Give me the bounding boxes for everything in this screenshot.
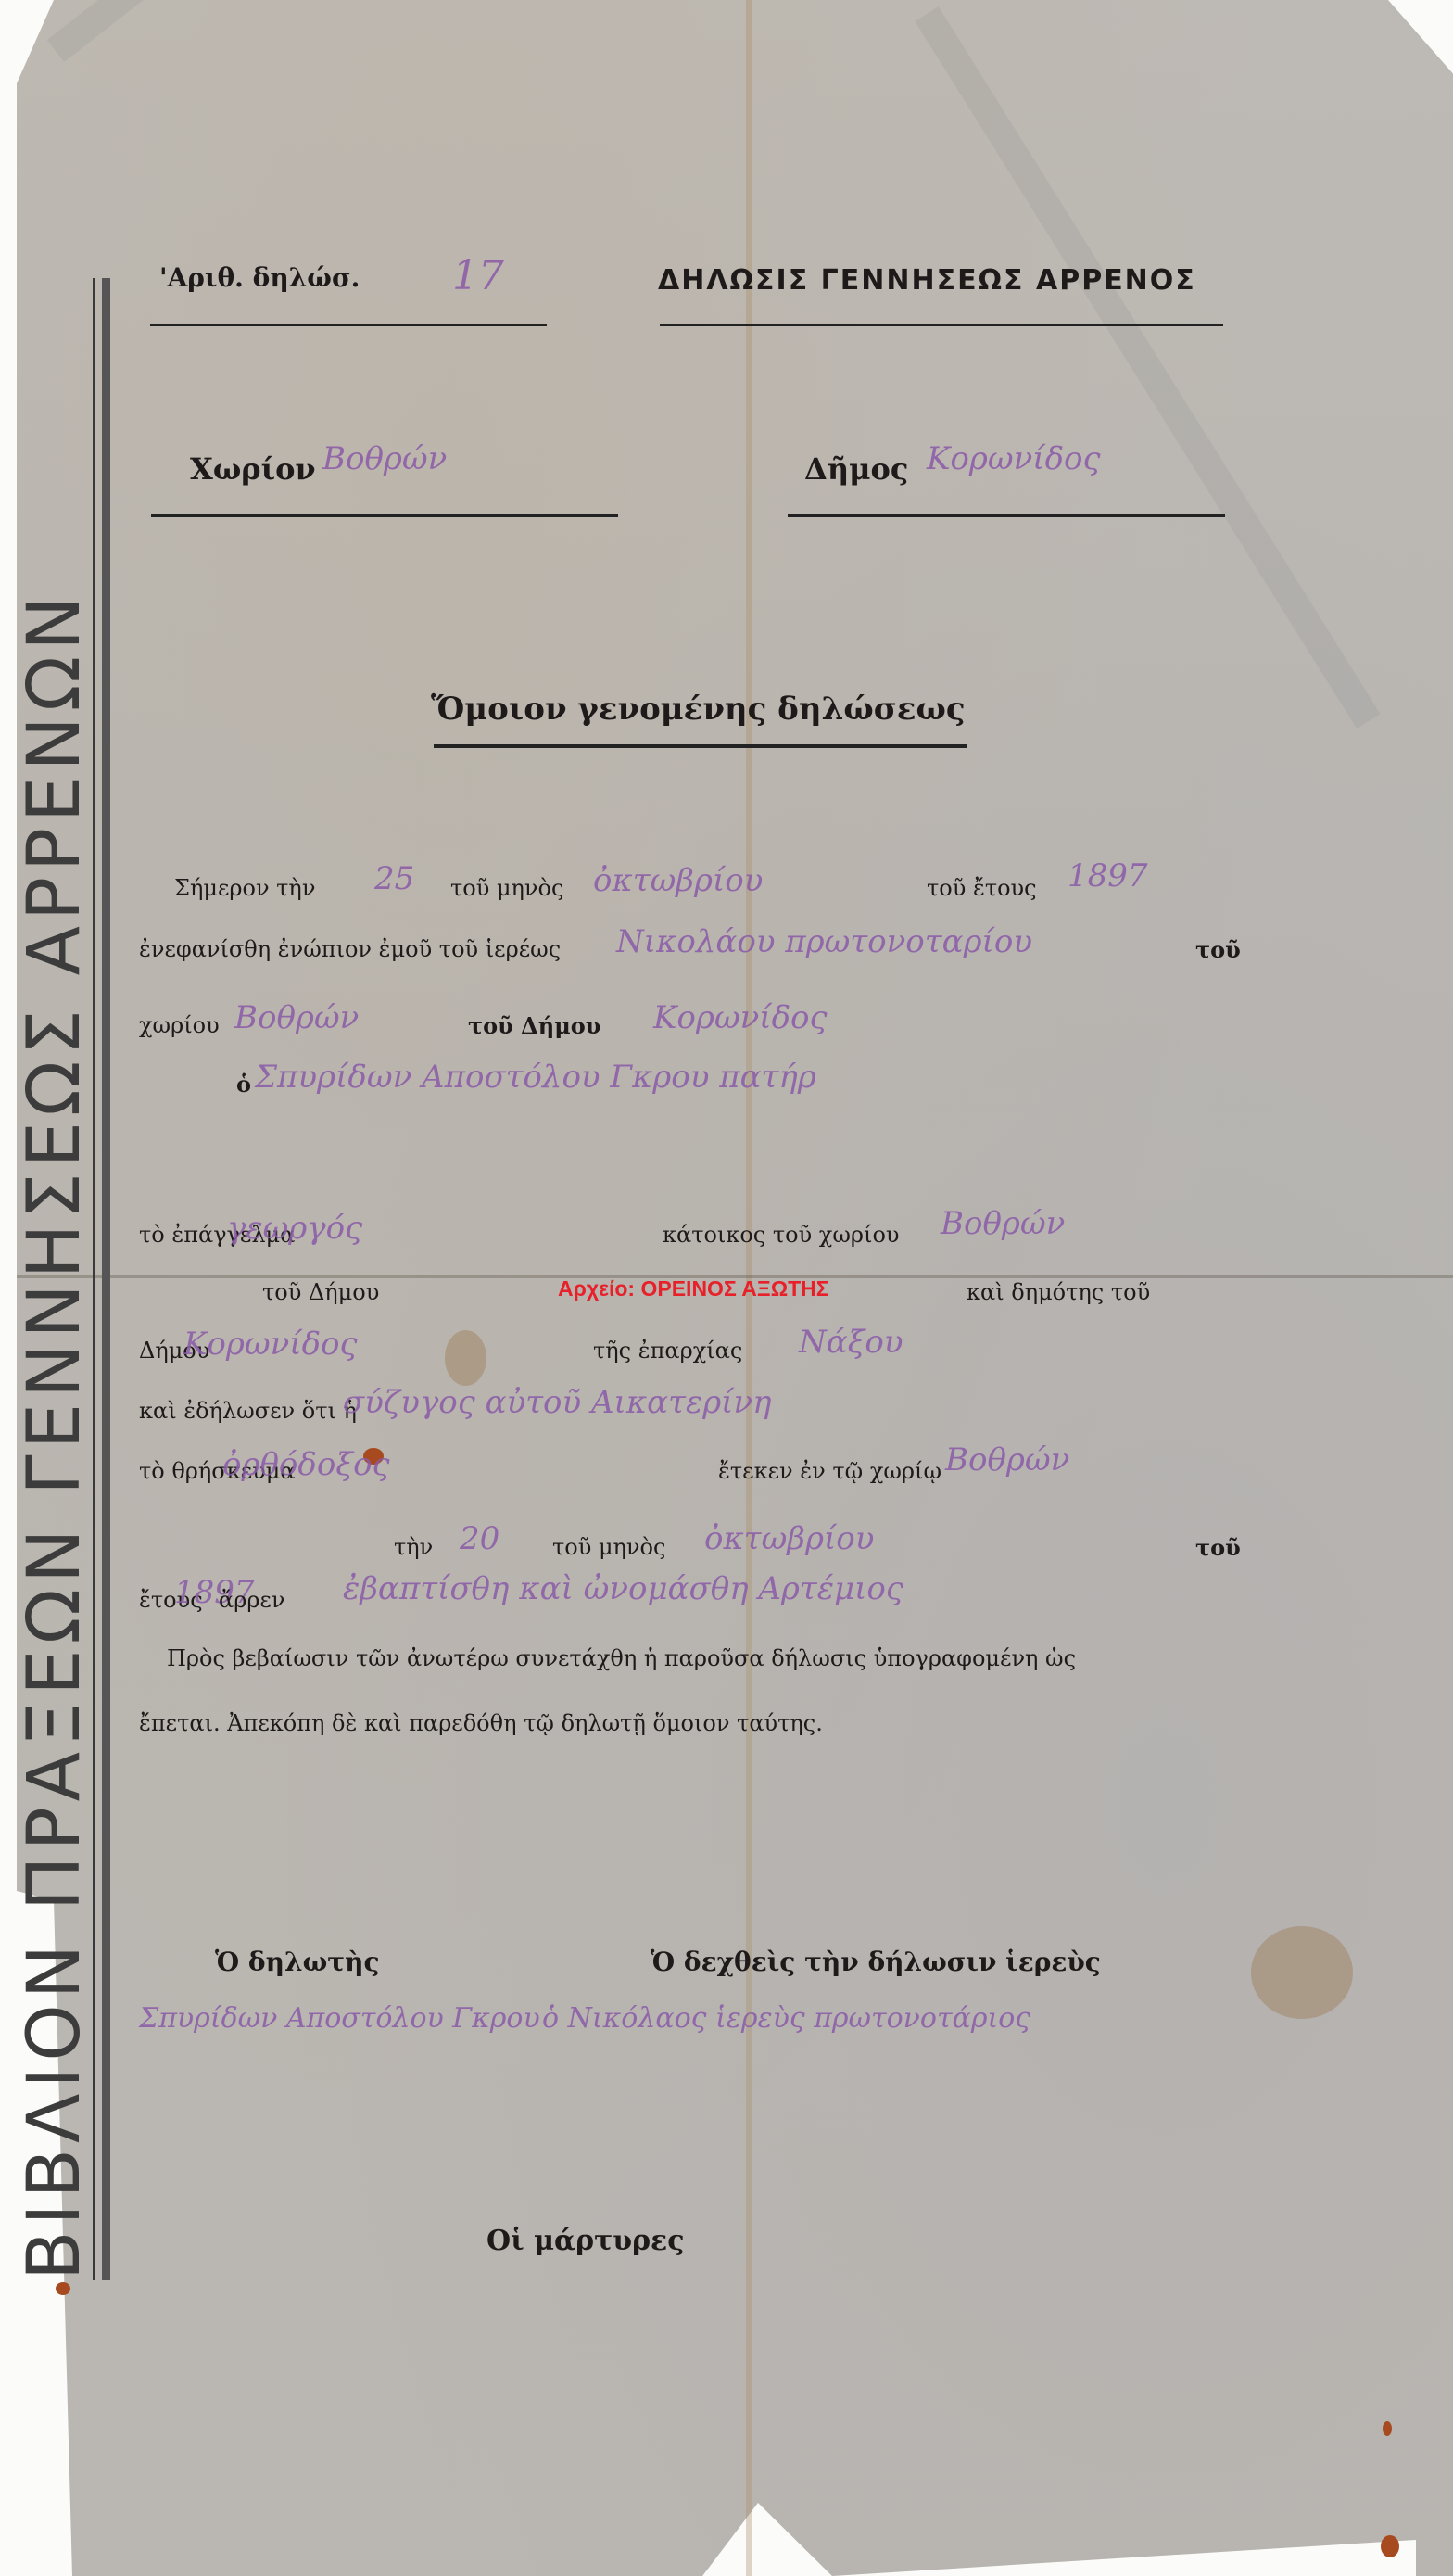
underline [434,744,967,748]
printed-text: τοῦ ἔτους [927,875,1037,901]
handwritten-day: 25 [374,860,414,897]
handwritten-month: ὀκτωβρίου [593,862,763,899]
printed-text: κάτοικος τοῦ χωρίου [663,1222,899,1248]
printed-text: καὶ δημότης τοῦ [967,1279,1150,1305]
closing-text: Πρὸς βεβαίωσιν τῶν ἀνωτέρω συνετάχθη ἡ π… [167,1645,1076,1671]
declarant-signature: Σπυρίδων Αποστόλου Γκρου [139,2002,540,2035]
handwritten-birth-month: ὀκτωβρίου [704,1520,874,1557]
document-title: ΔΗΛΩΣΙΣ ΓΕΝΝΗΣΕΩΣ ΑΡΡΕΝΟΣ [658,264,1196,297]
printed-text: τοῦ [1195,936,1241,963]
handwritten-occupation: γεωργός [227,1210,362,1247]
sidebar-book-title: ΒΙΒΛΙΟΝ ΠΡΑΞΕΩΝ ΓΕΝΝΗΣΕΩΣ ΑΡΡΕΝΩΝ [20,287,90,2280]
handwritten-birth-village: Βοθρών [945,1441,1069,1478]
handwritten-priest-name: Νικολάου πρωτονοταρίου [616,923,1032,960]
declaration-number-label: 'Αριθ. δηλώσ. [159,262,360,293]
handwritten-birth-day: 20 [460,1520,499,1557]
printed-text: ἄρρεν [219,1587,284,1613]
witnesses-label: Οἱ μάρτυρες [486,2225,685,2257]
handwritten-province: Νάξου [799,1324,903,1361]
printed-text: τῆς ἐπαρχίας [593,1338,742,1364]
rust-spot [56,2282,70,2295]
village-label: Χωρίον [190,451,316,487]
rust-spot [1381,2535,1399,2557]
rust-spot [1383,2421,1392,2436]
handwritten-village: Βοθρών [234,999,359,1036]
copy-subtitle: Ὅμοιον γενομένης δηλώσεως [431,691,966,728]
printed-text: τοῦ Δήμου [468,1012,600,1039]
handwritten-residence: Βοθρών [941,1205,1065,1242]
sidebar-rule [102,278,110,2280]
printed-text: καὶ ἐδήλωσεν ὅτι ἡ [139,1398,357,1424]
printed-text: τὴν [394,1534,433,1560]
underline [660,324,1223,326]
printed-text: ἔτεκεν ἐν τῷ χωρίῳ [718,1458,941,1484]
underline [150,324,547,326]
handwritten-father-name: Σπυρίδων Αποστόλου Γκρου πατήρ [255,1059,816,1096]
priest-signature: ὁ Νικόλαος ἱερεὺς πρωτονοτάριος [542,2002,1030,2035]
printed-text: τοῦ [1195,1534,1241,1561]
declarant-label: Ὁ δηλωτὴς [215,1947,380,1977]
municipality-value: Κορωνίδος [927,440,1101,477]
stain [1251,1926,1353,2019]
handwritten-baptism-name: ἐβαπτίσθη καὶ ὠνομάσθη Αρτέμιος [343,1570,903,1607]
handwritten-municipality: Κορωνίδος [653,999,828,1036]
stain [445,1330,486,1386]
declaration-number-value: 17 [452,252,504,299]
printed-text: ὁ [236,1071,251,1098]
printed-text: Σήμερον τὴν [174,875,315,901]
printed-text: τοῦ μηνὸς [450,875,563,901]
handwritten-mother-name: σύζυγος αὐτοῦ Αικατερίνη [343,1384,772,1421]
underline [151,514,618,517]
handwritten-religion: ὀρθόδοξος [222,1446,390,1483]
closing-text: ἔπεται. Ἀπεκόπη δὲ καὶ παρεδόθη τῷ δηλωτ… [139,1710,823,1736]
priest-label: Ὁ δεχθεὶς τὴν δήλωσιν ἱερεὺς [651,1947,1101,1977]
printed-text: χωρίου [139,1012,220,1038]
printed-text: τοῦ μηνὸς [552,1534,665,1560]
handwritten-municipality: Κορωνίδος [183,1326,358,1363]
archive-watermark: Αρχείο: ΟΡΕΙΝΟΣ ΑΞΩΤΗΣ [558,1276,829,1301]
village-value: Βοθρών [322,440,447,477]
handwritten-year: 1897 [1068,857,1148,895]
printed-text: ἐνεφανίσθη ἐνώπιον ἐμοῦ τοῦ ἱερέως [139,936,561,962]
municipality-label: Δῆμος [804,451,908,487]
underline [788,514,1225,517]
printed-text: τοῦ Δήμου [262,1279,379,1305]
